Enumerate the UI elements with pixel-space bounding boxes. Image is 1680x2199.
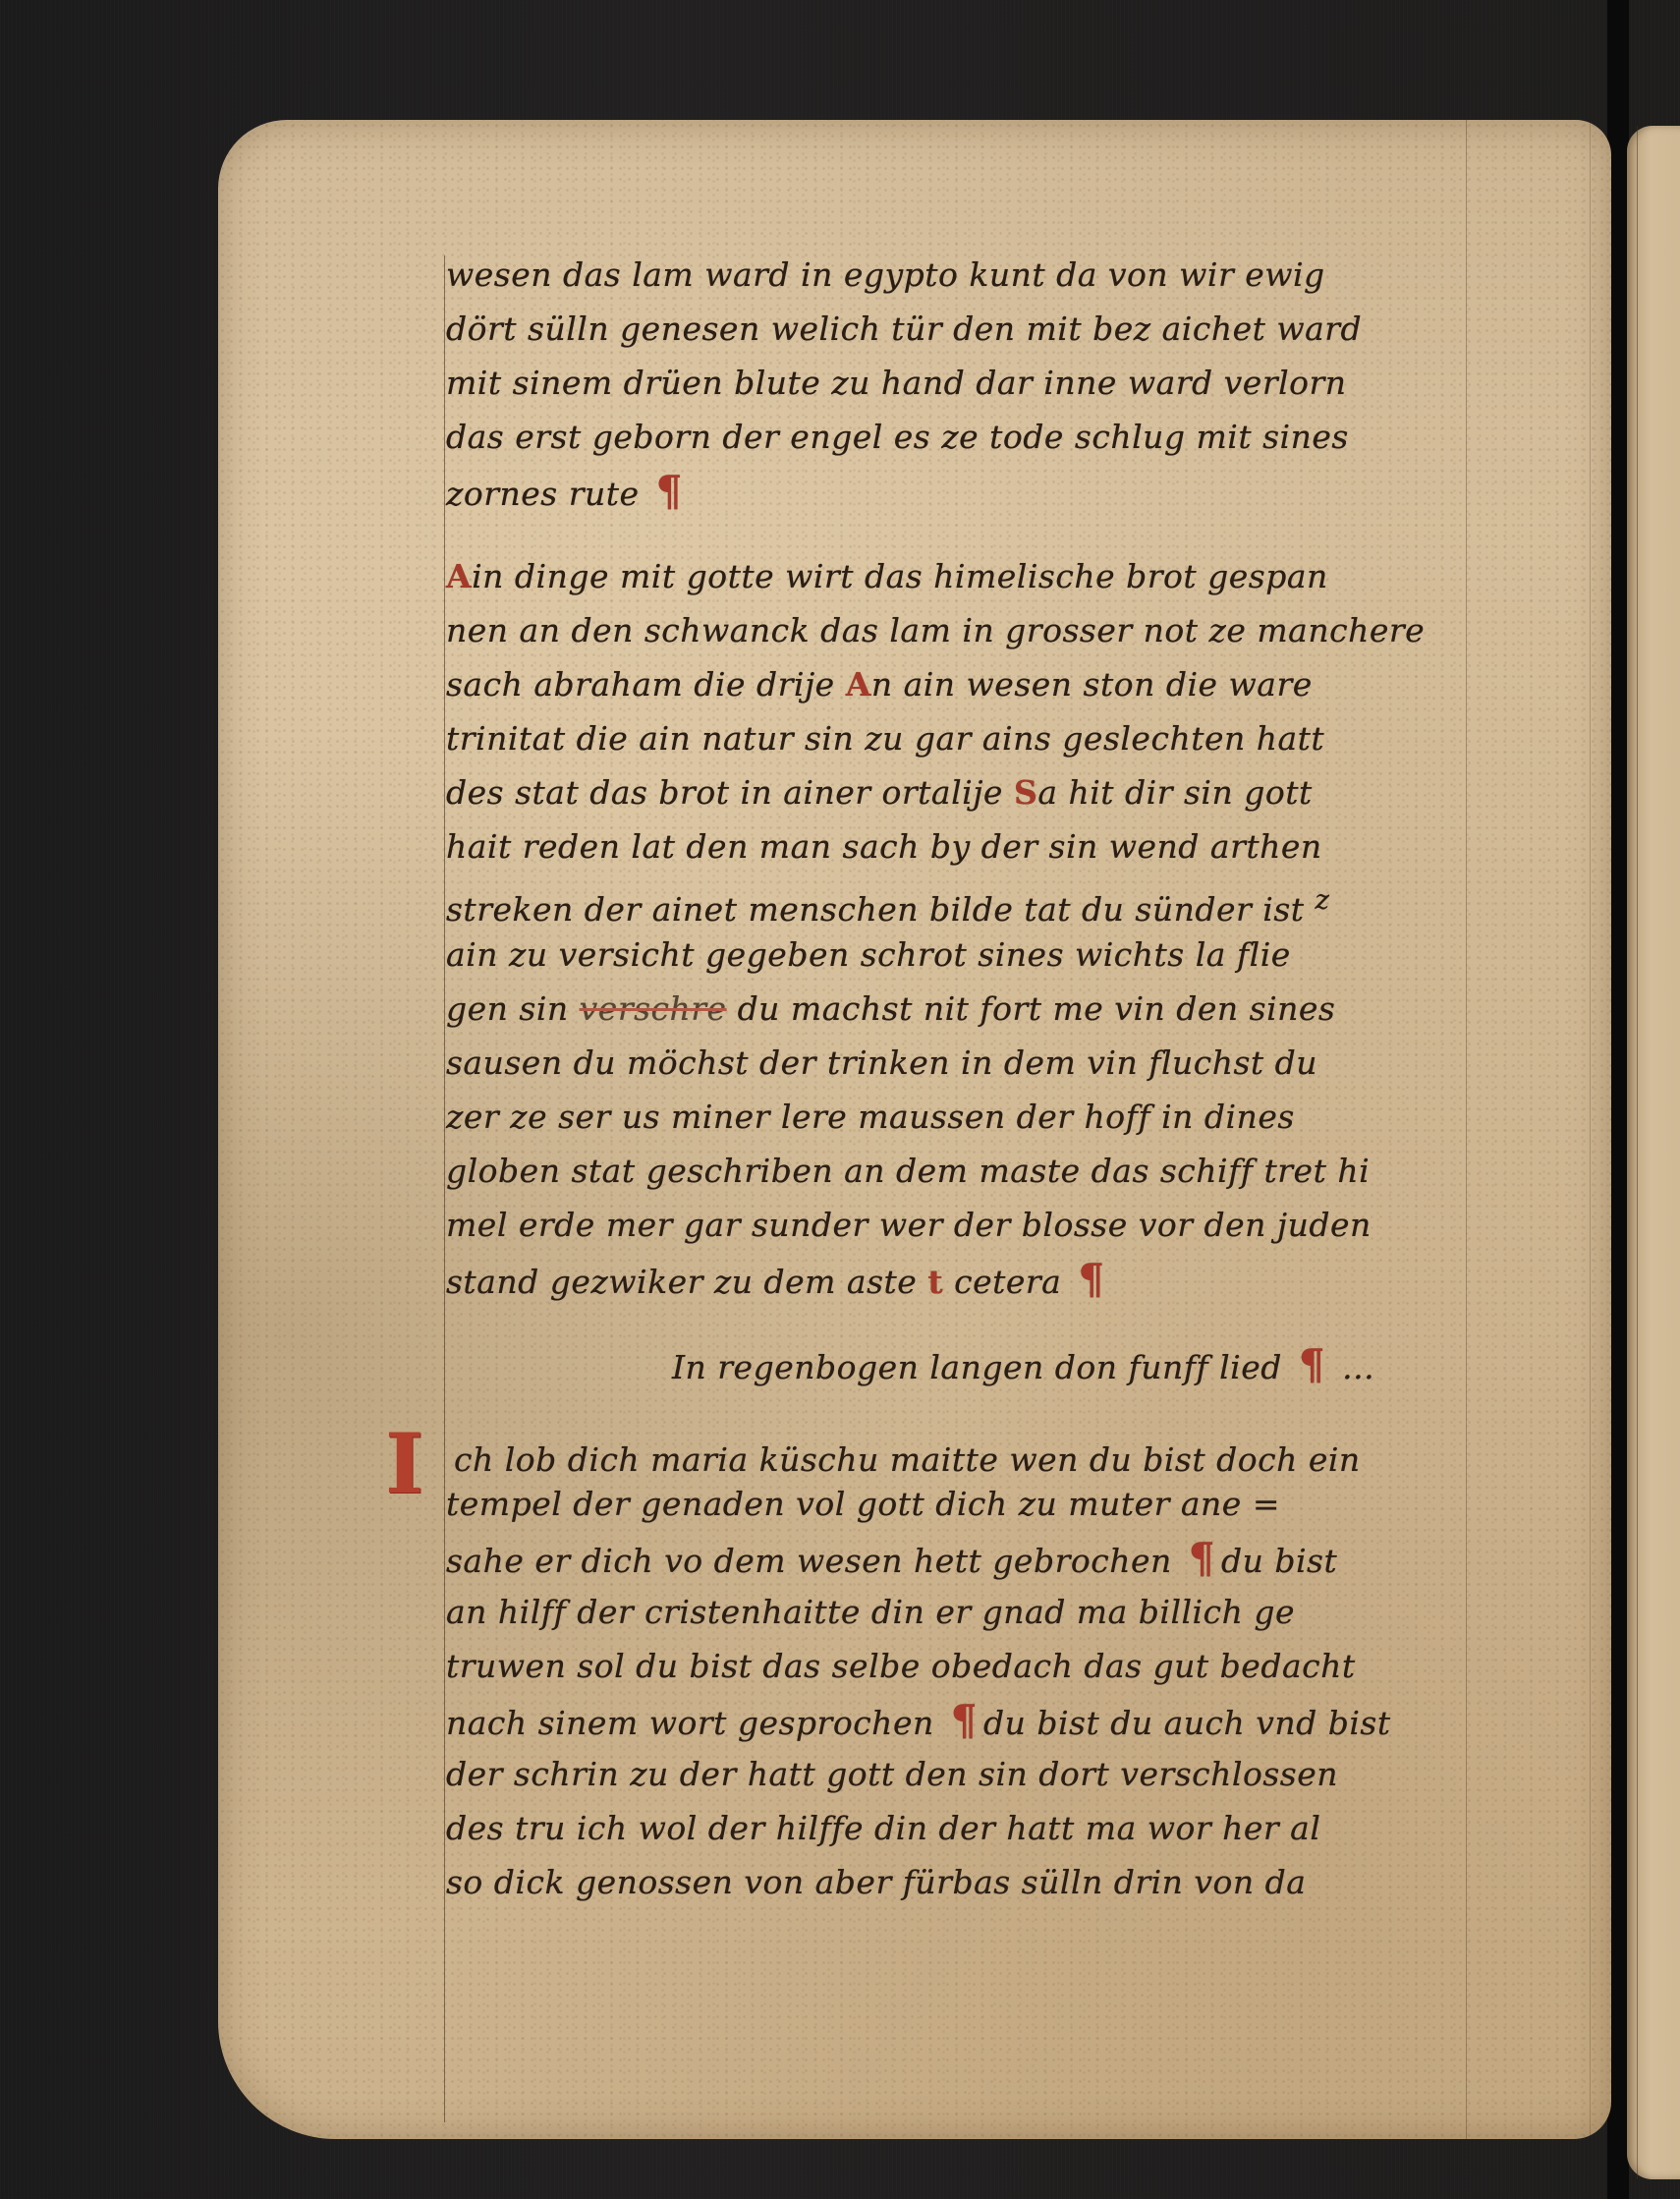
rubric-capital: S bbox=[1014, 773, 1037, 812]
text-line: Ich lob dich maria küschu maitte wen du … bbox=[446, 1423, 1478, 1477]
text-line: nen an den schwanck das lam in grosser n… bbox=[446, 603, 1478, 657]
text-line: gen sin verschre du machst nit fort me v… bbox=[446, 982, 1478, 1036]
text-run: stand gezwiker zu dem aste bbox=[446, 1263, 917, 1301]
text-run: sahe er dich vo dem wesen hett gebrochen bbox=[446, 1542, 1172, 1580]
text-line: sausen du möchst der trinken in dem vin … bbox=[446, 1036, 1478, 1090]
text-line: wesen das lam ward in egypto kunt da von… bbox=[446, 248, 1478, 302]
text-run: a hit dir sin gott bbox=[1037, 773, 1312, 812]
text-run: des stat das brot in ainer ortalije bbox=[446, 773, 1003, 812]
facing-page-edge bbox=[1627, 126, 1680, 2179]
text-line: dört sülln genesen welich tür den mit be… bbox=[446, 302, 1478, 356]
text-line: stand gezwiker zu dem aste t cetera ¶ bbox=[446, 1252, 1478, 1306]
text-line: der schrin zu der hatt gott den sin dort… bbox=[446, 1747, 1478, 1801]
margin-note: = bbox=[1253, 1485, 1280, 1523]
text-run: tempel der genaden vol gott dich zu mute… bbox=[446, 1485, 1242, 1523]
text-line: truwen sol du bist das selbe obedach das… bbox=[446, 1639, 1478, 1693]
text-line: des stat das brot in ainer ortalije Sa h… bbox=[446, 765, 1478, 819]
text-run: sach abraham die drije bbox=[446, 665, 835, 704]
song-heading: In regenbogen langen don funff lied ¶ ..… bbox=[446, 1337, 1478, 1391]
paragraph-mark-icon: ¶ bbox=[1078, 1255, 1104, 1303]
text-line: trinitat die ain natur sin zu gar ains g… bbox=[446, 711, 1478, 765]
text-line: hait reden lat den man sach by der sin w… bbox=[446, 819, 1478, 874]
text-run: streken der ainet menschen bilde tat du … bbox=[446, 890, 1305, 929]
text-line: so dick genossen von aber fürbas sülln d… bbox=[446, 1855, 1478, 1909]
struck-text: verschre bbox=[580, 989, 727, 1028]
text-run: du bist du auch vnd bist bbox=[983, 1704, 1391, 1742]
paragraph-mark-icon: ¶ bbox=[1299, 1340, 1325, 1388]
text-run: nach sinem wort gesprochen bbox=[446, 1704, 934, 1742]
rubric-initial: A bbox=[446, 557, 472, 595]
facing-page-ruling bbox=[1637, 126, 1638, 2179]
text-line: nach sinem wort gesprochen ¶du bist du a… bbox=[446, 1693, 1478, 1747]
heading-trailing-dots: ... bbox=[1342, 1348, 1374, 1386]
paragraph-mark-icon: ¶ bbox=[1189, 1534, 1215, 1582]
text-line: sahe er dich vo dem wesen hett gebrochen… bbox=[446, 1531, 1478, 1585]
text-run: ch lob dich maria küschu maitte wen du b… bbox=[454, 1440, 1361, 1479]
text-run: n ain wesen ston die ware bbox=[871, 665, 1313, 704]
text-line: das erst geborn der engel es ze tode sch… bbox=[446, 410, 1478, 464]
paragraph-mark-icon: ¶ bbox=[656, 467, 683, 515]
text-line: an hilff der cristenhaitte din er gnad m… bbox=[446, 1585, 1478, 1639]
text-line: streken der ainet menschen bilde tat du … bbox=[446, 874, 1478, 928]
paragraph-gap bbox=[446, 1391, 1478, 1423]
text-run: cetera bbox=[954, 1263, 1061, 1301]
text-run: zornes rute bbox=[446, 475, 640, 513]
text-run: du machst nit fort me vin den sines bbox=[738, 989, 1336, 1028]
text-block: wesen das lam ward in egypto kunt da von… bbox=[446, 248, 1478, 1909]
text-line: zer ze ser us miner lere maussen der hof… bbox=[446, 1090, 1478, 1144]
text-line: globen stat geschriben an dem maste das … bbox=[446, 1144, 1478, 1198]
text-line: tempel der genaden vol gott dich zu mute… bbox=[446, 1477, 1478, 1531]
paragraph-mark-icon: ¶ bbox=[951, 1696, 978, 1744]
text-line: mit sinem drüen blute zu hand dar inne w… bbox=[446, 356, 1478, 410]
decorated-initial: I bbox=[385, 1423, 454, 1511]
text-line: ain zu versicht gegeben schrot sines wic… bbox=[446, 928, 1478, 982]
text-line: sach abraham die drije An ain wesen ston… bbox=[446, 657, 1478, 711]
text-run: gen sin bbox=[446, 989, 569, 1028]
text-run: du bist bbox=[1221, 1542, 1337, 1580]
text-line: zornes rute ¶ bbox=[446, 464, 1478, 518]
text-line: mel erde mer gar sunder wer der blosse v… bbox=[446, 1198, 1478, 1252]
paragraph-gap bbox=[446, 518, 1478, 549]
text-line: Ain dinge mit gotte wirt das himelische … bbox=[446, 549, 1478, 603]
text-run: in dinge mit gotte wirt das himelische b… bbox=[472, 557, 1328, 595]
paragraph-gap bbox=[446, 1306, 1478, 1337]
text-line: des tru ich wol der hilffe din der hatt … bbox=[446, 1801, 1478, 1855]
rubric-capital: A bbox=[846, 665, 871, 704]
heading-text: In regenbogen langen don funff lied bbox=[672, 1348, 1282, 1386]
outer-fold-line bbox=[1590, 120, 1591, 2139]
left-margin-ruling bbox=[444, 255, 445, 2122]
rubric-abbreviation: t bbox=[927, 1263, 943, 1301]
margin-note: z bbox=[1316, 884, 1330, 916]
manuscript-leaf: wesen das lam ward in egypto kunt da von… bbox=[218, 120, 1611, 2139]
